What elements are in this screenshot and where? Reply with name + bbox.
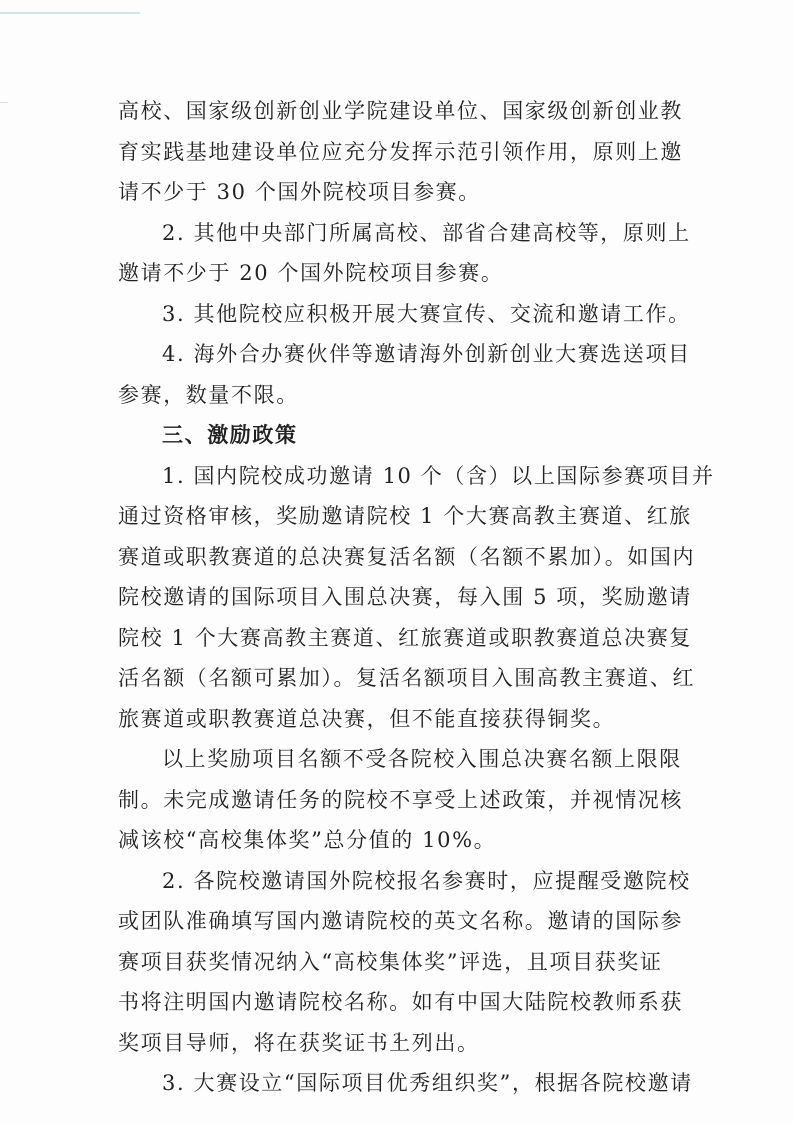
paragraph: 3. 其他院校应积极开展大赛宣传、交流和邀请工作。 (118, 294, 678, 335)
text-line: 邀请不少于 20 个国外院校项目参赛。 (118, 253, 678, 294)
text-line: 或团队准确填写国内邀请院校的英文名称。邀请的国际参 (118, 901, 678, 942)
text-line: 通过资格审核，奖励邀请院校 1 个大赛高教主赛道、红旅 (118, 496, 678, 537)
text-line: 院校邀请的国际项目入围总决赛，每入围 5 项，奖励邀请 (118, 577, 678, 618)
paragraph: 以上奖励项目名额不受各院校入围总决赛名额上限限制。未完成邀请任务的院校不享受上述… (118, 739, 678, 861)
text-line: 书将注明国内邀请院校名称。如有中国大陆院校教师系获 (118, 982, 678, 1023)
text-line: 育实践基地建设单位应充分发挥示范引领作用，原则上邀 (118, 132, 678, 173)
scan-edge-mark-top (0, 12, 140, 14)
text-line: 2. 其他中央部门所属高校、部省合建高校等，原则上 (118, 213, 678, 254)
text-line: 2. 各院校邀请国外院校报名参赛时，应提醒受邀院校 (118, 861, 678, 902)
paragraph: 3. 大赛设立“国际项目优秀组织奖”，根据各院校邀请 (118, 1063, 678, 1104)
scan-edge-mark-left (0, 102, 8, 103)
paragraph: 高校、国家级创新创业学院建设单位、国家级创新创业教育实践基地建设单位应充分发挥示… (118, 91, 678, 213)
text-line: 高校、国家级创新创业学院建设单位、国家级创新创业教 (118, 91, 678, 132)
text-line: 活名额（名额可累加）。复活名额项目入围高教主赛道、红 (118, 658, 678, 699)
paragraph: 1. 国内院校成功邀请 10 个（含）以上国际参赛项目并通过资格审核，奖励邀请院… (118, 456, 678, 740)
text-line: 三、激励政策 (118, 415, 678, 456)
text-line: 1. 国内院校成功邀请 10 个（含）以上国际参赛项目并 (118, 456, 678, 497)
text-line: 3. 其他院校应积极开展大赛宣传、交流和邀请工作。 (118, 294, 678, 335)
document-body: 高校、国家级创新创业学院建设单位、国家级创新创业教育实践基地建设单位应充分发挥示… (118, 91, 678, 1104)
page-number: 2 (0, 1032, 794, 1047)
text-line: 赛道或职教赛道的总决赛复活名额（名额不累加）。如国内 (118, 537, 678, 578)
text-line: 以上奖励项目名额不受各院校入围总决赛名额上限限 (118, 739, 678, 780)
text-line: 制。未完成邀请任务的院校不享受上述政策，并视情况核 (118, 780, 678, 821)
text-line: 旅赛道或职教赛道总决赛，但不能直接获得铜奖。 (118, 699, 678, 740)
paragraph: 2. 其他中央部门所属高校、部省合建高校等，原则上邀请不少于 20 个国外院校项… (118, 213, 678, 294)
text-line: 减该校“高校集体奖”总分值的 10%。 (118, 820, 678, 861)
text-line: 院校 1 个大赛高教主赛道、红旅赛道或职教赛道总决赛复 (118, 618, 678, 659)
text-line: 赛项目获奖情况纳入“高校集体奖”评选，且项目获奖证 (118, 942, 678, 983)
paragraph: 4. 海外合办赛伙伴等邀请海外创新创业大赛选送项目参赛，数量不限。 (118, 334, 678, 415)
text-line: 3. 大赛设立“国际项目优秀组织奖”，根据各院校邀请 (118, 1063, 678, 1104)
text-line: 请不少于 30 个国外院校项目参赛。 (118, 172, 678, 213)
section-heading: 三、激励政策 (118, 415, 678, 456)
text-line: 参赛，数量不限。 (118, 375, 678, 416)
text-line: 4. 海外合办赛伙伴等邀请海外创新创业大赛选送项目 (118, 334, 678, 375)
